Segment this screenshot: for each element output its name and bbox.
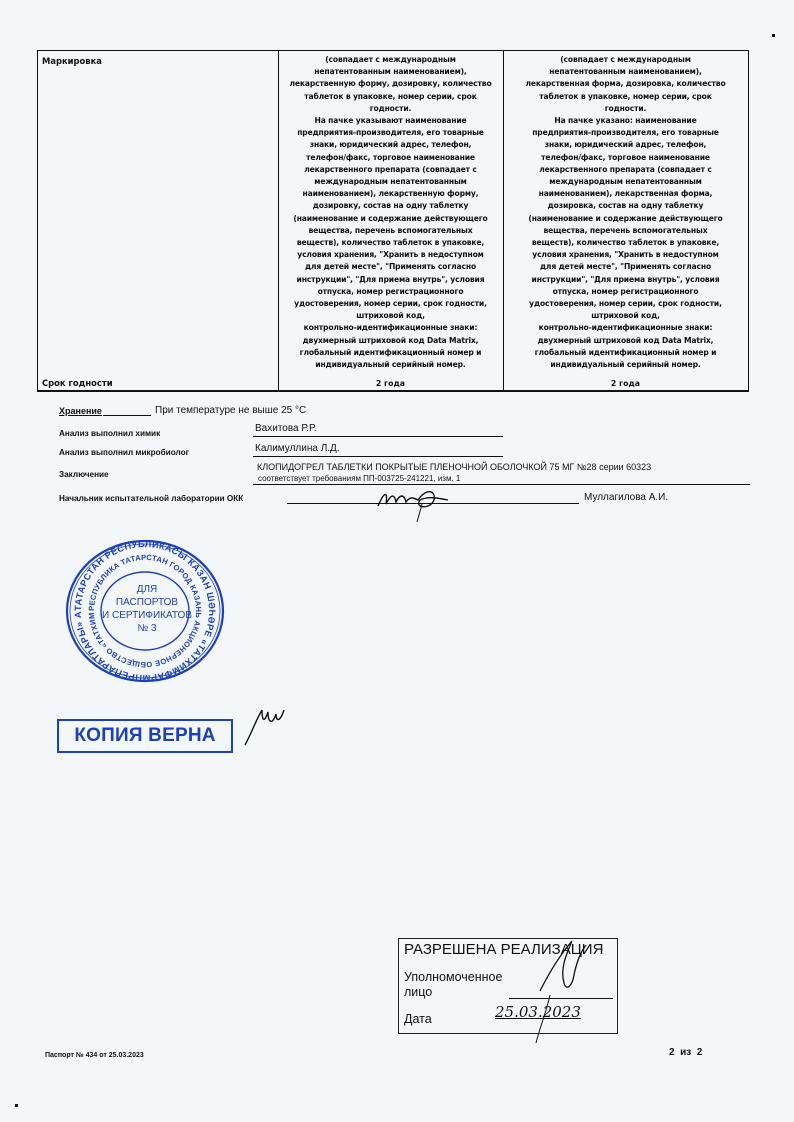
- cell-line: глобальный идентификационный номер и: [278, 347, 503, 359]
- cell-line: На пачке указывают наименование: [278, 115, 503, 127]
- cell-line: (совпадает с международным: [503, 54, 748, 66]
- company-round-stamp: ТАТАРСТАН РЕСПУБЛИКАСЫ КАЗАН ШӘҺӘРЕ «ТАТ…: [62, 538, 228, 684]
- cell-line: условия хранения, "Хранить в недоступном: [278, 249, 503, 261]
- cell-line: наименованием), лекарственную форму,: [278, 188, 503, 200]
- cell-line: двухмерный штриховой код Data Matrix,: [278, 335, 503, 347]
- microbiologist-line: [253, 456, 503, 457]
- cell-line: глобальный идентификационный номер и: [503, 347, 748, 359]
- chemist-name: Вахитова Р.Р.: [255, 423, 317, 434]
- cell-line: наименованием), лекарственная форма,: [503, 188, 748, 200]
- authorized-person-label-2: лицо: [404, 985, 432, 999]
- page-number: 2 из 2: [669, 1047, 702, 1058]
- authorized-person-signature: [520, 935, 600, 1045]
- scan-dot: [15, 1104, 18, 1107]
- conclusion-label: Заключение: [59, 470, 109, 479]
- cell-line: условия хранения, "Хранить в недоступном: [503, 249, 748, 261]
- requirement-column: (совпадает с международнымнепатентованны…: [278, 51, 504, 390]
- passport-number: Паспорт № 434 от 25.03.2023: [45, 1052, 144, 1059]
- row-label-marking: Маркировка: [42, 56, 102, 66]
- cell-line: годности.: [278, 103, 503, 115]
- head-of-lab-signature: [370, 482, 470, 522]
- cell-line: дозировка, состав на одну таблетку: [503, 200, 748, 212]
- stamp-center-line-2: ПАСПОРТОВ: [116, 597, 178, 608]
- copy-stamp-signature: [240, 700, 290, 750]
- cell-line: международным непатентованным: [278, 176, 503, 188]
- cell-line: отпуска, номер регистрационного: [503, 286, 748, 298]
- cell-line: предприятия-производителя, его товарные: [278, 127, 503, 139]
- cell-line: знаки, юридический адрес, телефон,: [278, 139, 503, 151]
- cell-line: лекарственную форму, дозировку, количест…: [278, 78, 503, 90]
- cell-line: двухмерный штриховой код Data Matrix,: [503, 335, 748, 347]
- stamp-center-line-1: ДЛЯ: [137, 584, 158, 595]
- requirement-shelf-life: 2 года: [278, 379, 503, 388]
- cell-line: удостоверения, номер серии, срок годност…: [503, 298, 748, 310]
- result-shelf-life: 2 года: [503, 379, 748, 388]
- cell-line: (наименование и содержание действующего: [278, 213, 503, 225]
- cell-line: непатентованным наименованием),: [503, 66, 748, 78]
- cell-line: контрольно-идентификационные знаки:: [278, 322, 503, 334]
- stamp-center-line-4: № 3: [137, 623, 157, 634]
- microbiologist-name: Калимуллина Л.Д.: [255, 443, 340, 454]
- specification-table: Маркировка Срок годности (совпадает с ме…: [37, 50, 749, 392]
- cell-line: телефон/факс, торговое наименование: [278, 152, 503, 164]
- cell-line: для детей месте", "Применять согласно: [503, 261, 748, 273]
- requirement-marking-text: (совпадает с международнымнепатентованны…: [278, 54, 503, 371]
- cell-line: инструкции", "Для приема внутрь", услови…: [278, 274, 503, 286]
- result-column: (совпадает с международнымнепатентованны…: [503, 51, 748, 390]
- cell-line: предприятия-производителя, его товарные: [503, 127, 748, 139]
- microbiologist-label: Анализ выполнил микробиолог: [59, 448, 189, 457]
- cell-line: отпуска, номер регистрационного: [278, 286, 503, 298]
- chemist-label: Анализ выполнил химик: [59, 429, 160, 438]
- release-date-label: Дата: [404, 1012, 432, 1026]
- cell-line: непатентованным наименованием),: [278, 66, 503, 78]
- storage-label: Хранение: [59, 406, 102, 416]
- parameter-column: Маркировка Срок годности: [38, 51, 279, 390]
- conclusion-line-1: КЛОПИДОГРЕЛ ТАБЛЕТКИ ПОКРЫТЫЕ ПЛЕНОЧНОЙ …: [257, 462, 651, 472]
- cell-line: вещества, перечень вспомогательных: [278, 225, 503, 237]
- cell-line: штриховой код,: [278, 310, 503, 322]
- cell-line: годности.: [503, 103, 748, 115]
- cell-line: таблеток в упаковке, номер серии, срок: [278, 91, 503, 103]
- cell-line: веществ), количество таблеток в упаковке…: [503, 237, 748, 249]
- cell-line: индивидуальный серийный номер.: [503, 359, 748, 371]
- stamp-center-line-3: И СЕРТИФИКАТОВ: [102, 610, 192, 621]
- cell-line: вещества, перечень вспомогательных: [503, 225, 748, 237]
- scan-dot: [772, 34, 775, 37]
- cell-line: телефон/факс, торговое наименование: [503, 152, 748, 164]
- cell-line: для детей месте", "Применять согласно: [278, 261, 503, 273]
- cell-line: дозировку, состав на одну таблетку: [278, 200, 503, 212]
- cell-line: лекарственная форма, дозировка, количест…: [503, 78, 748, 90]
- cell-line: контрольно-идентификационные знаки:: [503, 322, 748, 334]
- head-of-lab-label: Начальник испытательной лаборатории ОКК: [59, 494, 243, 503]
- cell-line: инструкции", "Для приема внутрь", услови…: [503, 274, 748, 286]
- head-of-lab-name: Муллагилова А.И.: [584, 492, 668, 503]
- conclusion-line: [253, 484, 750, 485]
- authorized-person-label-1: Уполномоченное: [404, 970, 502, 984]
- storage-underline: [103, 415, 151, 416]
- cell-line: удостоверения, номер серии, срок годност…: [278, 298, 503, 310]
- cell-line: лекарственного препарата (совпадает с: [278, 164, 503, 176]
- row-label-shelf-life: Срок годности: [42, 378, 113, 388]
- storage-value: При температуре не выше 25 °С: [155, 405, 306, 416]
- cell-line: лекарственного препарата (совпадает с: [503, 164, 748, 176]
- cell-line: знаки, юридический адрес, телефон,: [503, 139, 748, 151]
- chemist-line: [253, 436, 503, 437]
- cell-line: штриховой код,: [503, 310, 748, 322]
- cell-line: (наименование и содержание действующего: [503, 213, 748, 225]
- cell-line: веществ), количество таблеток в упаковке…: [278, 237, 503, 249]
- cell-line: На пачке указано: наименование: [503, 115, 748, 127]
- cell-line: индивидуальный серийный номер.: [278, 359, 503, 371]
- cell-line: (совпадает с международным: [278, 54, 503, 66]
- copy-certified-stamp: КОПИЯ ВЕРНА: [57, 719, 233, 753]
- result-marking-text: (совпадает с международнымнепатентованны…: [503, 54, 748, 371]
- cell-line: международным непатентованным: [503, 176, 748, 188]
- cell-line: таблеток в упаковке, номер серии, срок: [503, 91, 748, 103]
